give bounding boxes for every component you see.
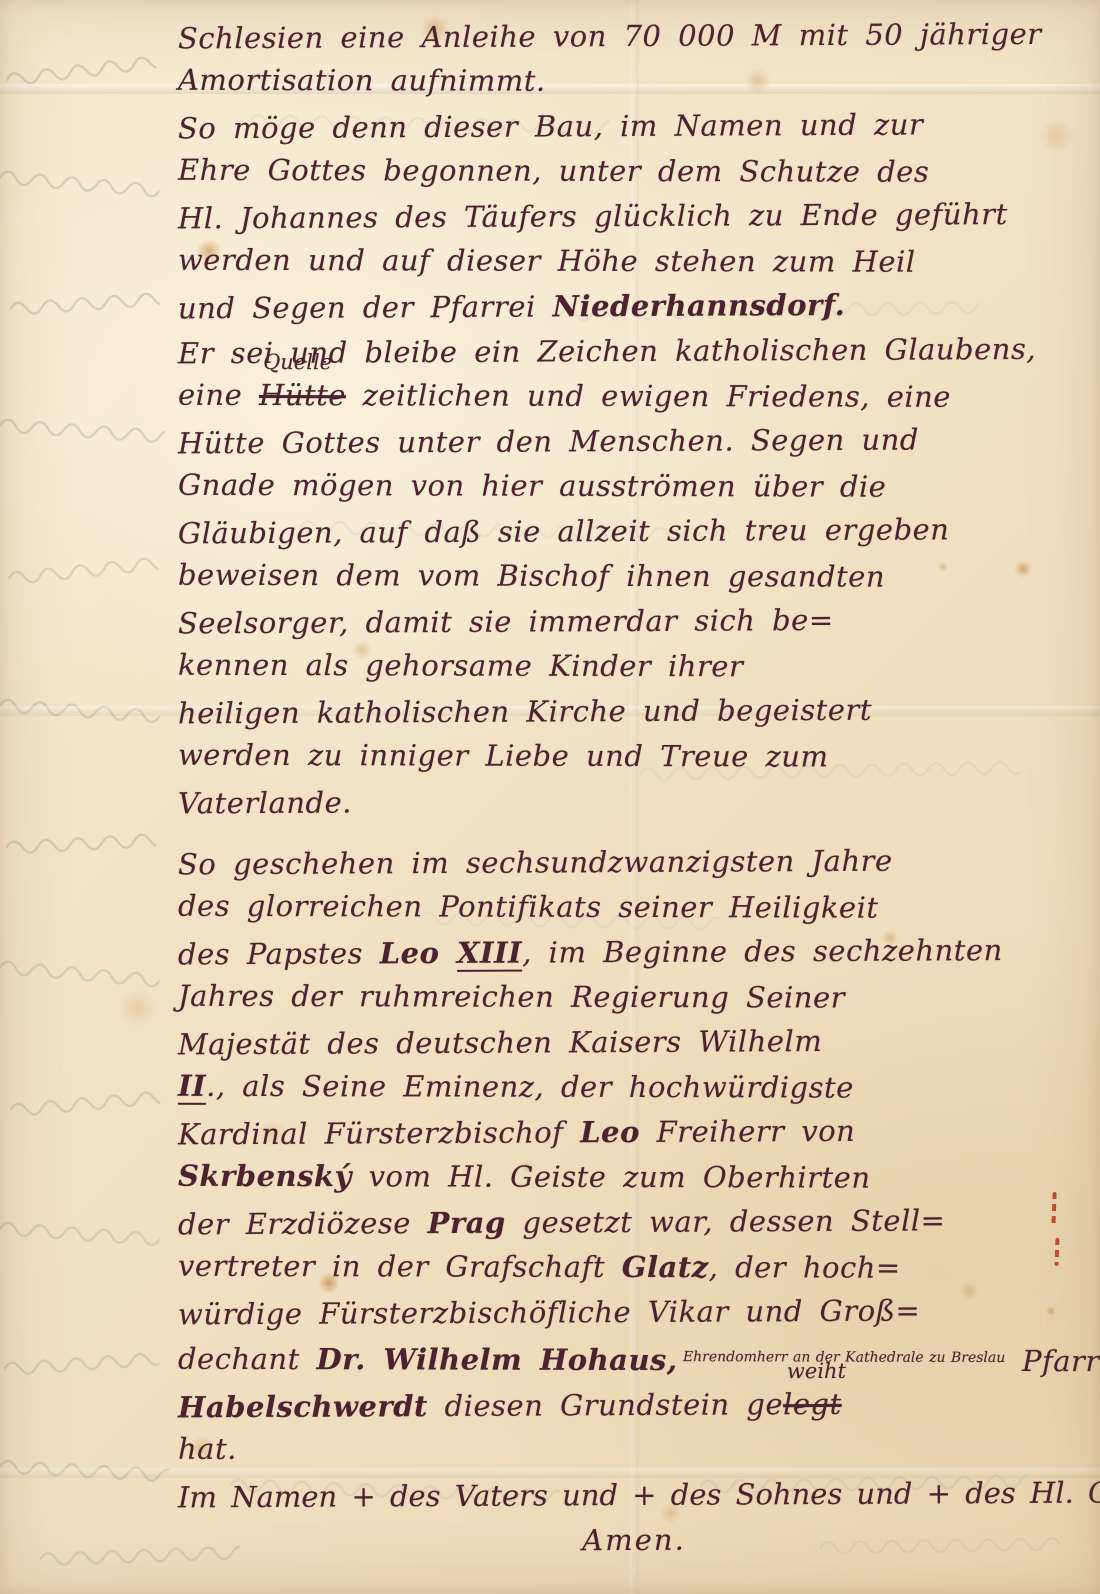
handwritten-line: des glorreichen Pontifikats seiner Heili…	[178, 884, 1090, 931]
underlined-text: XIII	[457, 936, 522, 972]
bleedthrough-ink	[0, 689, 161, 728]
handwritten-line: würdige Fürsterzbischöfliche Vikar und G…	[178, 1288, 1090, 1338]
emphasized-text: Prag	[428, 1206, 506, 1240]
inline-correction: weihtlegt	[783, 1382, 842, 1427]
handwritten-line: Gläubigen, auf daß sie allzeit sich treu…	[178, 507, 1090, 557]
handwritten-line: kennen als gehorsame Kinder ihrer	[178, 643, 1090, 690]
handwritten-line: So möge denn dieser Bau, im Namen und zu…	[178, 102, 1090, 152]
paragraph: Amen.	[178, 1518, 1090, 1563]
handwritten-line: Skrbenský vom Hl. Geiste zum Oberhirten	[178, 1154, 1090, 1201]
handwritten-line: der Erzdiözese Prag gesetzt war, dessen …	[178, 1198, 1090, 1248]
handwritten-line: Hl. Johannes des Täufers glücklich zu En…	[178, 192, 1090, 242]
bleedthrough-ink	[0, 161, 161, 203]
emphasized-text: Leo	[580, 1115, 640, 1149]
handwritten-line: dechant Dr. Wilhelm Hohaus, Ehrendomherr…	[178, 1334, 1090, 1384]
emphasized-text: Glatz	[622, 1250, 709, 1284]
handwritten-line: Jahres der ruhmreichen Regierung Seiner	[178, 974, 1090, 1021]
inline-correction: QuelleHütte	[259, 373, 346, 418]
bleedthrough-ink	[5, 46, 157, 92]
emphasized-text: Habelschwerdt	[178, 1389, 428, 1424]
bleedthrough-ink	[0, 951, 161, 993]
handwritten-line: Amortisation aufnimmt.	[178, 58, 1090, 105]
handwritten-line: Amen.	[178, 1516, 1090, 1566]
emphasized-text: Niederhannsdorf.	[552, 288, 845, 324]
bleedthrough-ink	[0, 409, 166, 448]
bleedthrough-ink	[9, 1082, 161, 1123]
manuscript-page: Schlesien eine Anleihe von 70 000 M mit …	[0, 0, 1100, 1594]
inserted-word-above: Quelle	[263, 352, 332, 372]
bleedthrough-ink	[0, 1212, 161, 1251]
handwritten-line: Hütte Gottes unter den Menschen. Segen u…	[178, 417, 1090, 467]
bleedthrough-ink	[7, 547, 159, 591]
handwritten-line: vertreter in der Grafschaft Glatz, der h…	[178, 1244, 1090, 1291]
bleedthrough-ink	[9, 283, 161, 321]
handwritten-line: Habelschwerdt diesen Grundstein geweihtl…	[178, 1381, 1090, 1431]
paragraph: So möge denn dieser Bau, im Namen und zu…	[178, 104, 1090, 329]
struck-out-word: Hütte	[259, 378, 346, 412]
emphasized-text: Skrbenský	[178, 1159, 352, 1193]
handwritten-line: So geschehen im sechsundzwanzigsten Jahr…	[178, 838, 1090, 888]
handwritten-line: Seelsorger, damit sie immerdar sich be=	[178, 597, 1090, 647]
handwritten-line: hat.	[178, 1427, 1090, 1474]
handwritten-line: des Papstes Leo XIII, im Beginne des sec…	[178, 928, 1090, 978]
paragraph: Er sei und bleibe ein Zeichen katholisch…	[178, 329, 1090, 824]
inserted-word-above: weiht	[787, 1361, 846, 1381]
emphasized-text: Leo	[380, 936, 457, 970]
bleedthrough-ink	[5, 824, 156, 860]
handwritten-line: Schlesien eine Anleihe von 70 000 M mit …	[178, 12, 1090, 62]
underlined-text: II	[178, 1069, 206, 1105]
manuscript-text: Schlesien eine Anleihe von 70 000 M mit …	[178, 14, 1090, 1563]
foxing-stain	[118, 988, 158, 1028]
paragraph: So geschehen im sechsundzwanzigsten Jahr…	[178, 840, 1090, 1473]
handwritten-line: Im Namen + des Vaters und + des Sohnes u…	[178, 1471, 1090, 1521]
handwritten-line: beweisen dem vom Bischof ihnen gesandten	[178, 553, 1090, 600]
bleedthrough-ink	[0, 1451, 171, 1488]
emphasized-text: Dr. Wilhelm Hohaus,	[316, 1342, 677, 1377]
handwritten-line: Kardinal Fürsterzbischof Leo Freiherr vo…	[178, 1108, 1090, 1158]
handwritten-line: Majestät des deutschen Kaisers Wilhelm	[178, 1018, 1090, 1068]
handwritten-line: Vaterlande.	[178, 777, 1090, 827]
handwritten-line: II., als Seine Eminenz, der hochwürdigst…	[178, 1064, 1090, 1111]
paragraph: Schlesien eine Anleihe von 70 000 M mit …	[178, 14, 1090, 104]
handwritten-line: Ehre Gottes begonnen, unter dem Schutze …	[178, 148, 1090, 195]
paragraph: Im Namen + des Vaters und + des Sohnes u…	[178, 1473, 1090, 1518]
handwritten-line: werden zu inniger Liebe und Treue zum	[178, 733, 1090, 780]
bleedthrough-ink	[3, 1343, 160, 1382]
handwritten-line: Gnade mögen von hier ausströmen über die	[178, 463, 1090, 510]
struck-out-word: legt	[783, 1387, 842, 1421]
handwritten-line: eine QuelleHütte zeitlichen und ewigen F…	[178, 373, 1090, 420]
handwritten-line: werden und auf dieser Höhe stehen zum He…	[178, 238, 1090, 285]
handwritten-line: heiligen katholischen Kirche und begeist…	[178, 687, 1090, 737]
handwritten-line: und Segen der Pfarrei Niederhannsdorf.	[178, 282, 1090, 332]
